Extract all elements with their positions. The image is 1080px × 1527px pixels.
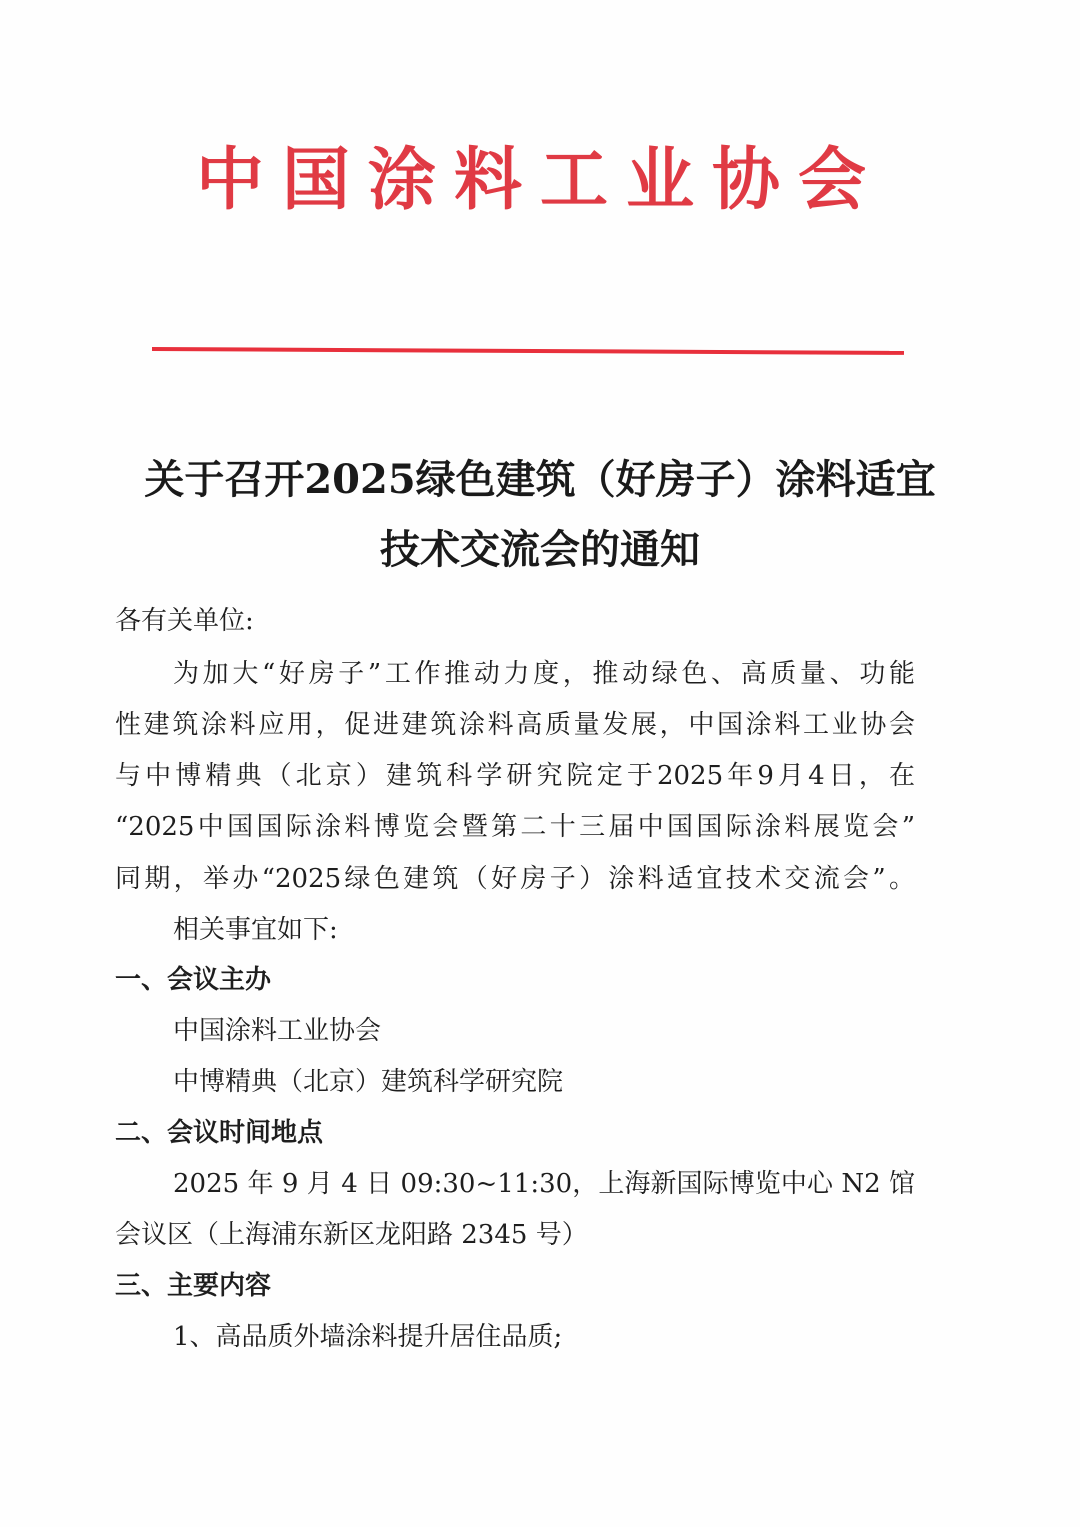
intro-line-4: “2025中国国际涂料博览会暨第二十三届中国国际涂料展览会” xyxy=(115,807,915,847)
organizer-1: 中国涂料工业协会 xyxy=(173,1011,381,1051)
organizer-2: 中博精典（北京）建筑科学研究院 xyxy=(173,1062,563,1102)
intro-line-5: 同期，举办“2025绿色建筑（好房子）涂料适宜技术交流会”。 xyxy=(115,859,915,899)
document-title-line-1: 关于召开2025绿色建筑（好房子）涂料适宜 xyxy=(0,450,1080,510)
intro-line-1: 为加大“好房子”工作推动力度，推动绿色、高质量、功能 xyxy=(173,654,915,694)
intro-line-3: 与中博精典（北京）建筑科学研究院定于2025年9月4日，在 xyxy=(115,756,915,796)
section-heading-time-place: 二、会议时间地点 xyxy=(115,1113,323,1153)
content-item-1: 1、高品质外墙涂料提升居住品质; xyxy=(173,1317,562,1357)
document-title-line-2: 技术交流会的通知 xyxy=(0,520,1080,580)
section-heading-main-content: 三、主要内容 xyxy=(115,1266,271,1306)
organization-letterhead: 中国涂料工业协会 xyxy=(0,130,1080,230)
red-divider-rule xyxy=(152,347,904,355)
document-page: 中国涂料工业协会 关于召开2025绿色建筑（好房子）涂料适宜 技术交流会的通知 … xyxy=(0,0,1080,1527)
time-place-line-1: 2025 年 9 月 4 日 09:30~11:30，上海新国际博览中心 N2 … xyxy=(173,1164,915,1204)
time-place-line-2: 会议区（上海浦东新区龙阳路 2345 号） xyxy=(115,1215,588,1255)
salutation: 各有关单位: xyxy=(115,601,254,641)
section-heading-organizers: 一、会议主办 xyxy=(115,960,271,1000)
matters-intro: 相关事宜如下: xyxy=(173,910,338,950)
intro-line-2: 性建筑涂料应用，促进建筑涂料高质量发展，中国涂料工业协会 xyxy=(115,705,915,745)
